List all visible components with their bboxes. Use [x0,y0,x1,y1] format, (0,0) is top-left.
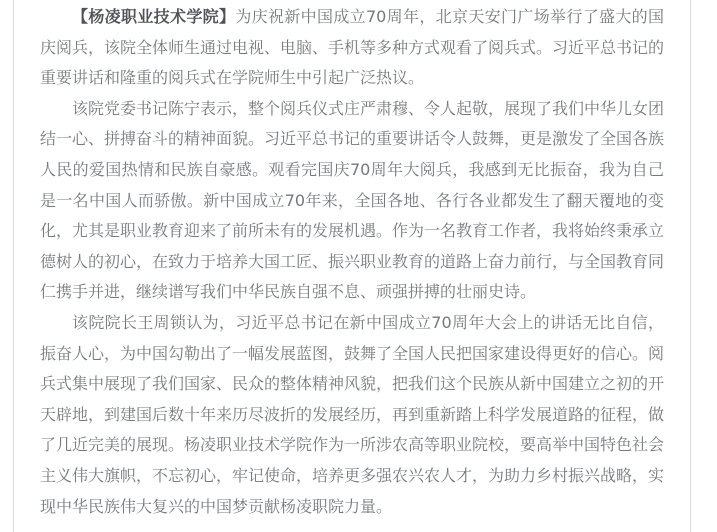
paragraph-text: 该院院长王周锁认为，习近平总书记在新中国成立70周年大会上的讲话无比自信，振奋人… [40,313,664,516]
article-org-title: 【杨凌职业技术学院】 [72,7,235,26]
paragraph-text: 该院党委书记陈宁表示，整个阅兵仪式庄严肃穆、令人起敬，展现了我们中华儿女团结一心… [40,99,664,302]
paragraph-secretary-remarks: 该院党委书记陈宁表示，整个阅兵仪式庄严肃穆、令人起敬，展现了我们中华儿女团结一心… [40,94,664,308]
article-page: { "page": { "colors": { "page-bg": "#fff… [0,0,717,532]
paragraph-president-remarks: 该院院长王周锁认为，习近平总书记在新中国成立70周年大会上的讲话无比自信，振奋人… [40,308,664,522]
article-column: 【杨凌职业技术学院】为庆祝新中国成立70周年，北京天安门广场举行了盛大的国庆阅兵… [13,0,691,532]
paragraph-intro: 【杨凌职业技术学院】为庆祝新中国成立70周年，北京天安门广场举行了盛大的国庆阅兵… [40,2,664,94]
